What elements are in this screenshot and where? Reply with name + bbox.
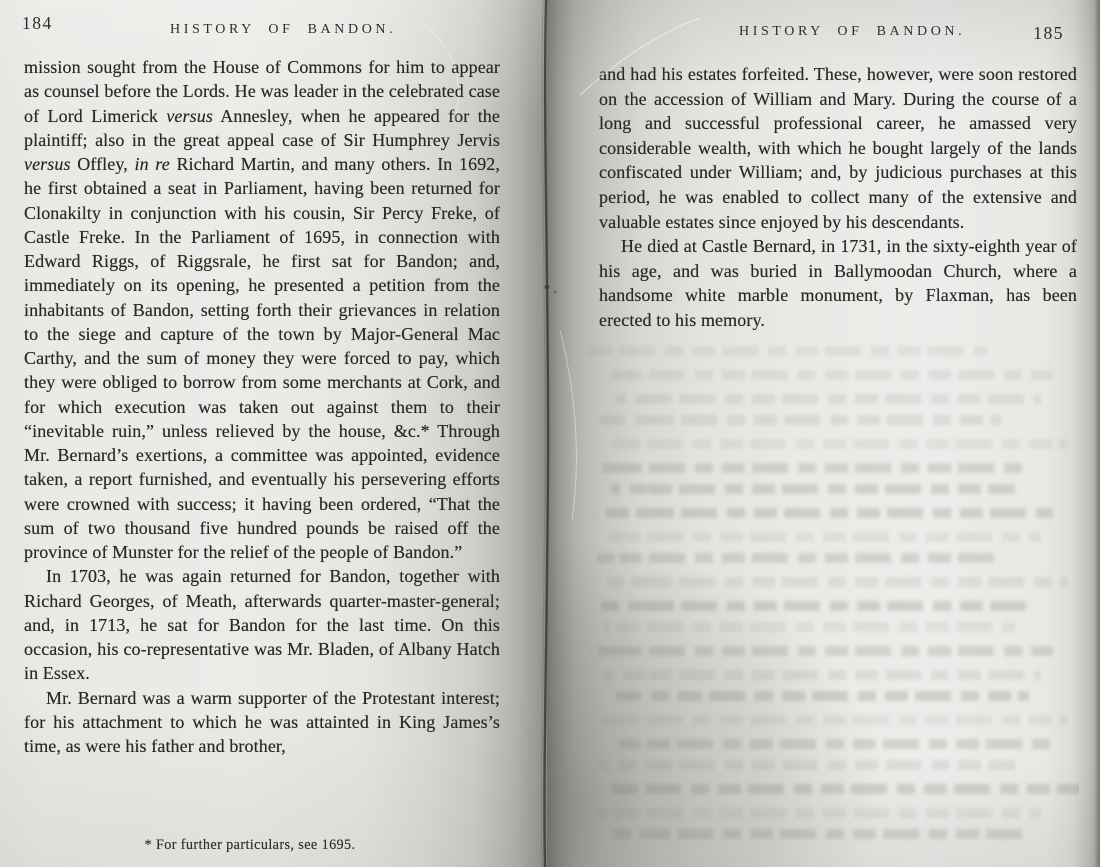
bleedthrough-row [598, 463, 1027, 473]
bleedthrough-row [602, 370, 1053, 380]
bleedthrough-row [596, 508, 1053, 518]
right-page: HISTORY OF BANDON. 185 and had his estat… [547, 0, 1100, 867]
left-page: 184 HISTORY OF BANDON. mission sought fr… [0, 0, 547, 867]
paragraph: and had his estates forfeited. These, ho… [599, 62, 1077, 234]
left-running-head: HISTORY OF BANDON. [170, 22, 396, 38]
paragraph: He died at Castle Bernard, in 1731, in t… [599, 234, 1077, 332]
bleedthrough-row [592, 601, 1027, 611]
paragraph: Mr. Bernard was a warm supporter of the … [24, 686, 500, 759]
paragraph: In 1703, he was again returned for Bando… [24, 564, 500, 685]
bleedthrough-row [605, 622, 1015, 632]
bleedthrough-row [612, 784, 1079, 794]
right-page-number: 185 [1033, 23, 1064, 44]
left-page-body: mission sought from the House of Commons… [24, 55, 500, 758]
ink-bleedthrough-area [583, 338, 1079, 863]
bleedthrough-row [599, 760, 1015, 770]
bleedthrough-row [597, 808, 1041, 818]
book-scan: 184 HISTORY OF BANDON. mission sought fr… [0, 0, 1100, 867]
bleedthrough-row [615, 394, 1041, 404]
right-page-body: and had his estates forfeited. These, ho… [599, 62, 1077, 333]
paragraph: mission sought from the House of Commons… [24, 55, 500, 564]
left-page-footnote: * For further particulars, see 1695. [24, 837, 476, 854]
bleedthrough-row [616, 691, 1029, 701]
bleedthrough-row [607, 577, 1067, 587]
bleedthrough-row [590, 646, 1053, 656]
bleedthrough-row [594, 553, 1001, 563]
bleedthrough-row [589, 346, 987, 356]
bleedthrough-row [609, 532, 1041, 542]
bleedthrough-row [603, 670, 1041, 680]
page-edge-shadow [1094, 0, 1100, 867]
bleedthrough-row [611, 484, 1015, 494]
bleedthrough-row [613, 439, 1067, 449]
bleedthrough-row [614, 739, 1055, 749]
left-page-number: 184 [22, 13, 53, 34]
bleedthrough-row [600, 415, 1001, 425]
bleedthrough-row [610, 829, 1029, 839]
right-running-head: HISTORY OF BANDON. [739, 24, 965, 40]
bleedthrough-row [601, 715, 1067, 725]
